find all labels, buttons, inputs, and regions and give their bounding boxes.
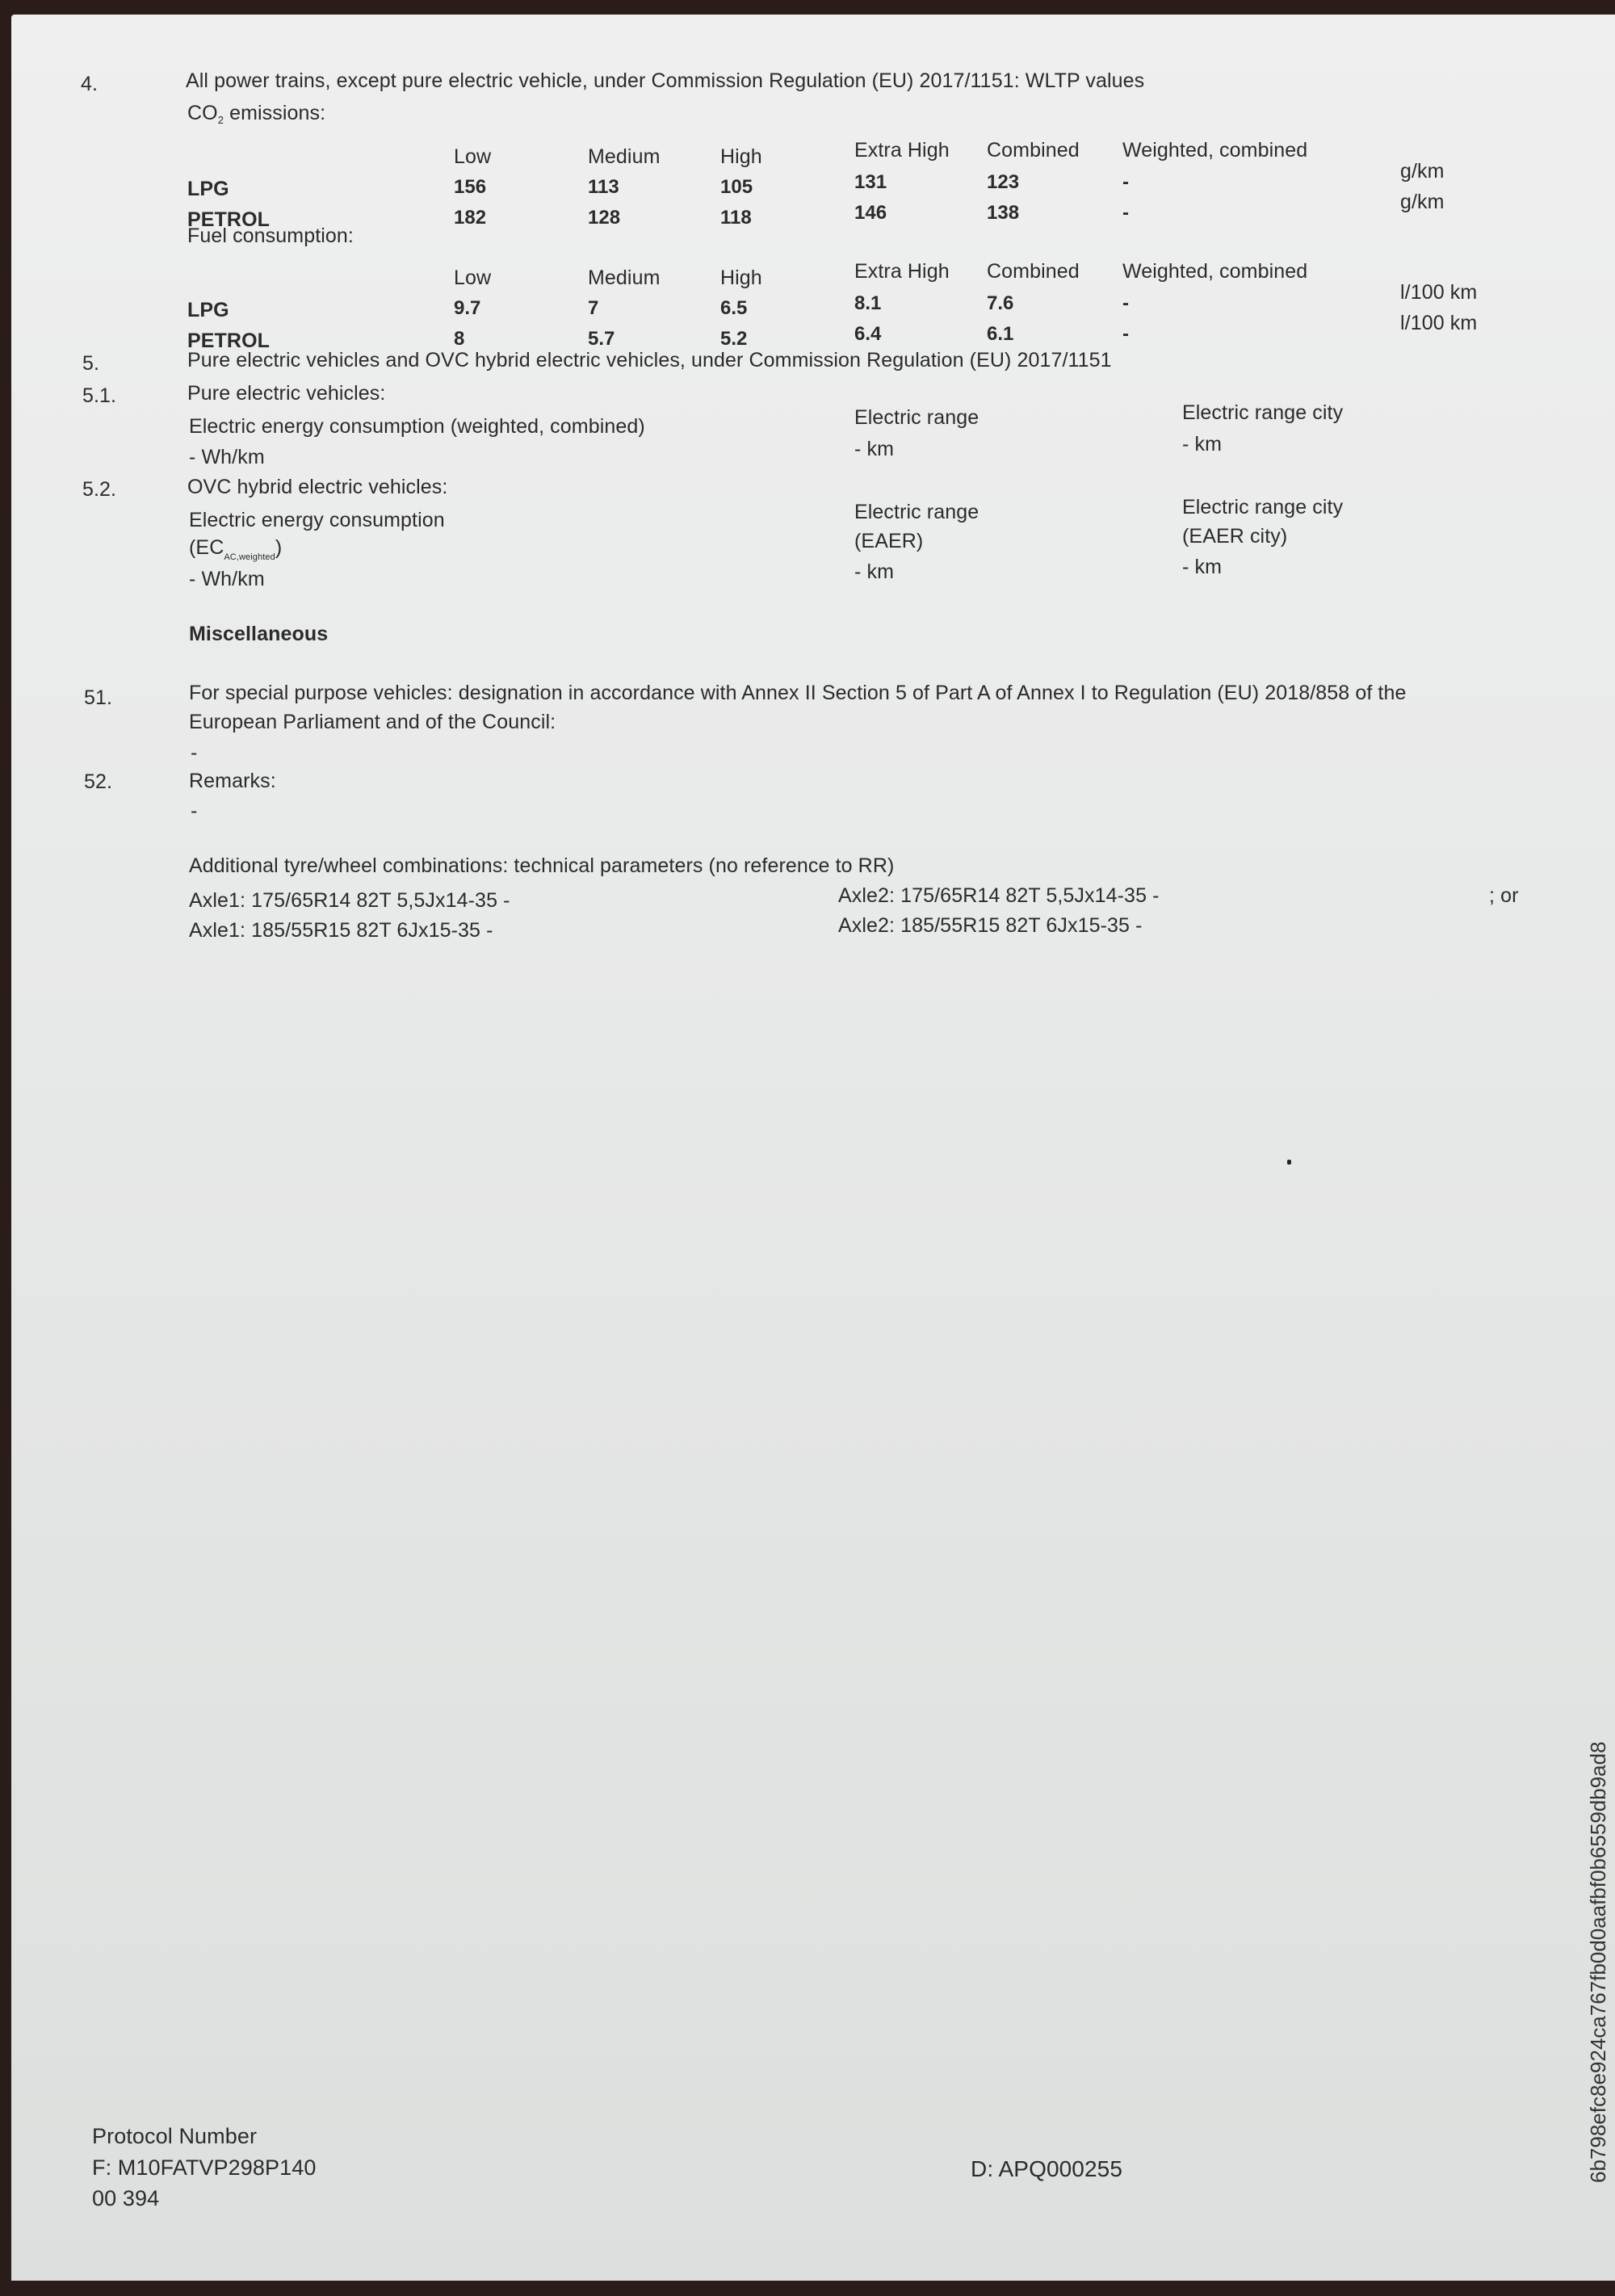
- fuel-header: Combined: [987, 260, 1080, 283]
- item-51-value: -: [191, 741, 197, 765]
- fuel-cell: -: [1122, 292, 1129, 315]
- co2-cell: 113: [588, 176, 619, 199]
- fuel-cell: 5.2: [720, 328, 747, 350]
- fuel-header: High: [720, 267, 762, 290]
- co2-header: Combined: [987, 139, 1080, 162]
- tyre-row-1-axle2: Axle2: 175/65R14 82T 5,5Jx14-35 -: [838, 884, 1160, 908]
- ovc-range-label-eaer: (EAER): [854, 530, 923, 553]
- print-speck: [1287, 1160, 1291, 1165]
- fuel-cell: 5.7: [588, 328, 615, 350]
- ovc-range-city-label-eaer: (EAER city): [1182, 525, 1287, 548]
- protocol-label: Protocol Number: [92, 2124, 257, 2149]
- pev-consumption-value: - Wh/km: [189, 446, 265, 469]
- fuel-unit: l/100 km: [1400, 312, 1477, 335]
- co2-row-label: LPG: [187, 178, 229, 201]
- pev-range-city-label: Electric range city: [1182, 401, 1343, 425]
- item-51-number: 51.: [84, 686, 112, 710]
- ovc-range-city-label: Electric range city: [1182, 496, 1343, 519]
- co2-cell: -: [1122, 171, 1129, 194]
- fuel-header: Weighted, combined: [1122, 260, 1307, 283]
- co2-cell: 182: [454, 207, 486, 229]
- co2-cell: 128: [588, 207, 620, 229]
- co2-header: Low: [454, 145, 491, 169]
- fuel-cell: 8: [454, 328, 464, 350]
- section-5-2-number: 5.2.: [82, 478, 116, 502]
- co2-cell: 118: [720, 207, 752, 229]
- fuel-header: Medium: [588, 267, 661, 290]
- fuel-cell: 6.4: [854, 323, 881, 346]
- fuel-cell: -: [1122, 323, 1129, 346]
- section-4-title: All power trains, except pure electric v…: [186, 69, 1144, 93]
- pev-consumption-label: Electric energy consumption (weighted, c…: [189, 415, 645, 439]
- ovc-consumption-label: Electric energy consumption: [189, 509, 445, 532]
- co2-cell: -: [1122, 202, 1129, 225]
- fuel-cell: 6.1: [987, 323, 1013, 346]
- co2-cell: 105: [720, 176, 753, 199]
- co2-header: Medium: [588, 145, 661, 169]
- co2-header: High: [720, 145, 762, 169]
- item-52-value: -: [191, 800, 197, 823]
- fuel-cell: 6.5: [720, 297, 747, 320]
- section-5-1-title: Pure electric vehicles:: [187, 382, 385, 405]
- co2-cell: 146: [854, 202, 887, 225]
- fuel-cell: 7: [588, 297, 598, 320]
- co2-cell: 131: [854, 171, 887, 194]
- protocol-f-number: F: M10FATVP298P140: [92, 2155, 316, 2181]
- ovc-range-label: Electric range: [854, 501, 979, 524]
- section-4-number: 4.: [81, 73, 98, 96]
- misc-heading: Miscellaneous: [189, 623, 328, 646]
- section-5-1-number: 5.1.: [82, 384, 116, 408]
- document-id: D: APQ000255: [971, 2156, 1122, 2182]
- tyre-row-1-suffix: ; or: [1489, 884, 1519, 908]
- item-51-line1: For special purpose vehicles: designatio…: [189, 682, 1406, 705]
- pev-range-label: Electric range: [854, 406, 979, 430]
- tyre-heading: Additional tyre/wheel combinations: tech…: [189, 854, 894, 878]
- item-52-label: Remarks:: [189, 770, 276, 793]
- fuel-header: Low: [454, 267, 491, 290]
- item-52-number: 52.: [84, 770, 112, 794]
- fuel-unit: l/100 km: [1400, 281, 1477, 304]
- ovc-consumption-symbol: (ECAC,weighted): [189, 536, 282, 562]
- ovc-consumption-value: - Wh/km: [189, 568, 265, 591]
- fuel-cell: 7.6: [987, 292, 1013, 315]
- tyre-row-2-axle1: Axle1: 185/55R15 82T 6Jx15-35 -: [189, 919, 493, 942]
- document-page: 4. All power trains, except pure electri…: [11, 15, 1615, 2281]
- co2-cell: 156: [454, 176, 486, 199]
- fuel-cell: 9.7: [454, 297, 480, 320]
- co2-header: Extra High: [854, 139, 950, 162]
- pev-range-value: - km: [854, 438, 894, 461]
- pev-range-city-value: - km: [1182, 433, 1222, 456]
- co2-header: Weighted, combined: [1122, 139, 1307, 162]
- co2-label: CO2 emissions:: [187, 102, 325, 126]
- section-5-title: Pure electric vehicles and OVC hybrid el…: [187, 349, 1112, 372]
- co2-cell: 138: [987, 202, 1019, 225]
- document-hash: 6b798efc8e924ca767fb0d0aafbf0b6559db9ad8: [1586, 1741, 1611, 2183]
- co2-unit: g/km: [1400, 191, 1445, 214]
- item-51-line2: European Parliament and of the Council:: [189, 711, 556, 734]
- section-5-number: 5.: [82, 352, 99, 376]
- protocol-sequence: 00 394: [92, 2186, 159, 2211]
- section-5-2-title: OVC hybrid electric vehicles:: [187, 476, 447, 499]
- ovc-range-city-value: - km: [1182, 556, 1222, 579]
- co2-cell: 123: [987, 171, 1019, 194]
- ovc-range-value: - km: [854, 560, 894, 584]
- co2-unit: g/km: [1400, 160, 1445, 183]
- fuel-row-label: LPG: [187, 299, 229, 322]
- fuel-consumption-label: Fuel consumption:: [187, 225, 354, 248]
- tyre-row-2-axle2: Axle2: 185/55R15 82T 6Jx15-35 -: [838, 914, 1143, 938]
- fuel-header: Extra High: [854, 260, 950, 283]
- tyre-row-1-axle1: Axle1: 175/65R14 82T 5,5Jx14-35 -: [189, 889, 510, 913]
- fuel-cell: 8.1: [854, 292, 881, 315]
